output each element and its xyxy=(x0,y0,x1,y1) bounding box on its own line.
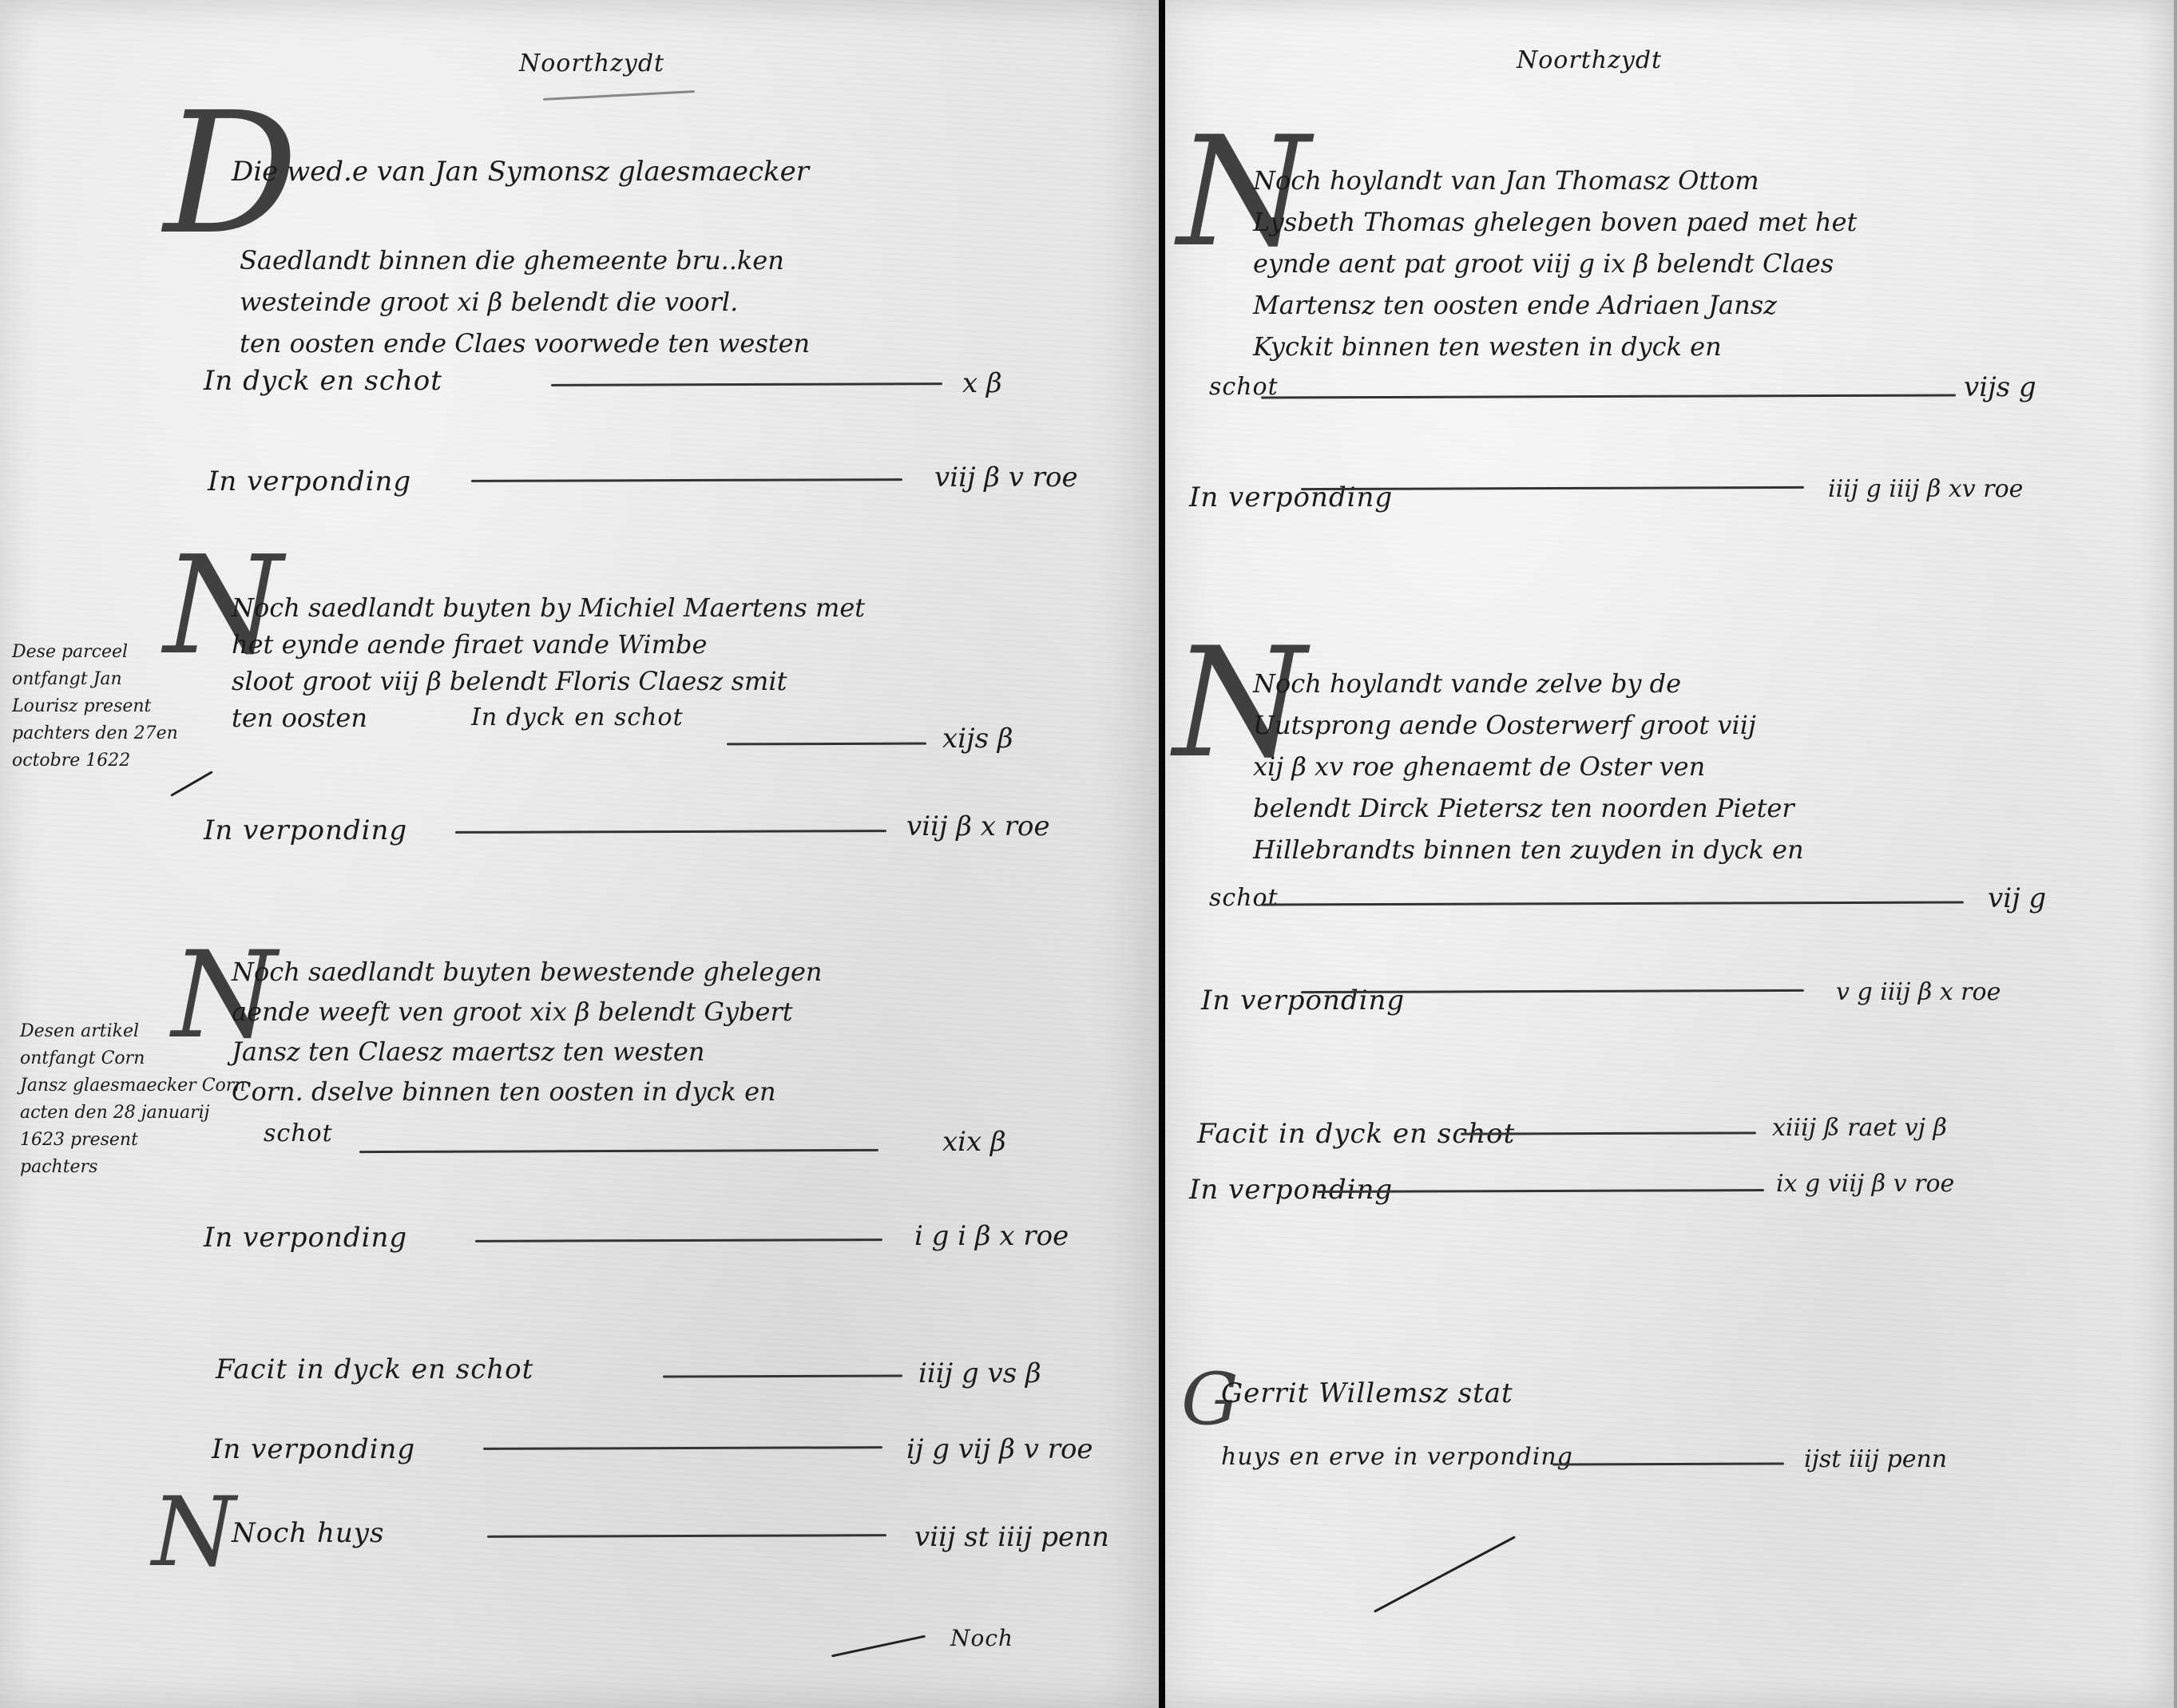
entry-line: Lysbeth Thomas ghelegen boven paed met h… xyxy=(1253,201,1857,243)
margin-note-line: Lourisz present xyxy=(12,693,178,720)
leader-line xyxy=(1552,1462,1784,1465)
entry-2-charge-label: schot xyxy=(1209,878,1279,918)
margin-note-1: Dese parceel ontfangt Jan Lourisz presen… xyxy=(12,639,178,775)
entry-line: Martensz ten oosten ende Adriaen Jansz xyxy=(1253,284,1857,326)
entry-line: Kyckit binnen ten westen in dyck en xyxy=(1253,326,1857,367)
entry-2-text: Noch hoylandt vande zelve by de Uutspron… xyxy=(1253,663,1804,870)
entry-line: ten oosten ende Claes voorwede ten weste… xyxy=(240,323,810,364)
entry-line: Uutsprong aende Oosterwerf groot viij xyxy=(1253,704,1804,746)
entry-2-verponding-label: In verponding xyxy=(1201,981,1405,1020)
leader-line xyxy=(487,1534,886,1538)
entry-line: Die wed.e van Jan Symonsz glaesmaecker xyxy=(232,152,809,192)
entry-line: ten oosten xyxy=(232,699,367,736)
entry-line: belendt Dirck Pietersz ten noorden Piete… xyxy=(1253,787,1804,829)
catchword-flourish xyxy=(831,1635,926,1658)
entry-1-charge-amount: x β xyxy=(962,367,1002,399)
right-page: Noorthzydt N Noch hoylandt van Jan Thoma… xyxy=(1165,0,2177,1708)
margin-note-line: 1623 present xyxy=(20,1127,245,1154)
leader-line xyxy=(663,1374,902,1377)
right-page-header: Noorthzydt xyxy=(1517,46,1662,74)
left-page-header: Noorthzydt xyxy=(519,50,664,77)
entry-line: eynde aent pat groot viij g ix β belendt… xyxy=(1253,243,1857,284)
leader-line xyxy=(455,830,886,834)
entry-3-verponding-label: In verponding xyxy=(204,1218,407,1258)
person-line: huys en erve in verponding xyxy=(1221,1437,1573,1477)
entry-line: het eynde aende firaet vande Wimbe xyxy=(232,626,865,663)
leader-line xyxy=(471,478,902,482)
leader-line xyxy=(1261,394,1956,398)
header-underline xyxy=(543,90,695,101)
noch-huys-amount: viij st iiij penn xyxy=(914,1521,1109,1553)
entry-line: Noch hoylandt vande zelve by de xyxy=(1253,663,1804,704)
entry-1-charge-amount: vijs g xyxy=(1964,371,2036,403)
entry-3-charge-label: schot xyxy=(264,1114,333,1154)
margin-note-line: pachters den 27en xyxy=(12,720,178,747)
entry-line: westeinde groot xi β belendt die voorl. xyxy=(240,281,810,323)
entry-line: aende weeft ven groot xix β belendt Gybe… xyxy=(232,992,822,1032)
total-dyck-schot-amount: iiij g vs β xyxy=(918,1357,1041,1389)
entry-line: sloot groot viij β belendt Floris Claesz… xyxy=(232,663,865,699)
entry-line: Noch hoylandt van Jan Thomasz Ottom xyxy=(1253,160,1857,201)
entry-1-verponding-label: In verponding xyxy=(1189,478,1393,517)
entry-2-charge-amount: xijs β xyxy=(942,723,1013,755)
noch-huys-label: Noch huys xyxy=(232,1513,384,1553)
margin-note-flourish xyxy=(170,771,212,797)
leader-line xyxy=(1461,1131,1756,1135)
entry-2-verponding-label: In verponding xyxy=(204,810,407,850)
entry-3-verponding-amount: i g i β x roe xyxy=(914,1220,1069,1252)
entry-1-verponding-amount: viij β v roe xyxy=(934,462,1078,493)
page-edge xyxy=(2174,0,2177,1708)
left-page: Noorthzydt D Die wed.e van Jan Symonsz g… xyxy=(0,0,1159,1708)
catchword: Noch xyxy=(950,1625,1013,1651)
margin-note-line: ontfangt Corn xyxy=(20,1045,245,1072)
margin-note-line: pachters xyxy=(20,1154,245,1181)
entry-2-charge-amount: vij g xyxy=(1988,882,2046,914)
entry-2-verponding-amount: v g iiij β x roe xyxy=(1836,978,2001,1006)
closing-flourish xyxy=(1374,1536,1516,1613)
entry-1-verponding-amount: iiij g iiij β xv roe xyxy=(1828,475,2023,503)
entry-3-text: Noch saedlandt buyten bewestende ghelege… xyxy=(232,952,822,1112)
total-verponding-amount: ij g vij β v roe xyxy=(906,1433,1093,1465)
entry-1-title: Die wed.e van Jan Symonsz glaesmaecker xyxy=(232,152,809,192)
leader-line xyxy=(475,1238,882,1242)
entry-line: Hillebrandts binnen ten zuyden in dyck e… xyxy=(1253,829,1804,870)
leader-line xyxy=(551,382,942,386)
entry-1-text: Noch hoylandt van Jan Thomasz Ottom Lysb… xyxy=(1253,160,1857,367)
margin-note-line: Jansz glaesmaecker Corn xyxy=(20,1072,245,1100)
leader-line xyxy=(1261,901,1964,906)
margin-note-line: ontfangt Jan xyxy=(12,666,178,693)
margin-note-2: Desen artikel ontfangt Corn Jansz glaesm… xyxy=(20,1018,245,1181)
person-name: Gerrit Willemsz stat xyxy=(1221,1373,1513,1413)
entry-2-verponding-amount: viij β x roe xyxy=(906,810,1050,842)
leader-line xyxy=(483,1446,882,1450)
page-gutter-divider xyxy=(1159,0,1165,1708)
total-dyck-schot-amount: xiiij ß raet vj β xyxy=(1772,1114,1947,1142)
margin-note-line: octobre 1622 xyxy=(12,747,178,775)
entry-line: Noch saedlandt buyten by Michiel Maerten… xyxy=(232,589,865,626)
total-dyck-schot-label: Facit in dyck en schot xyxy=(216,1349,533,1389)
entry-1-verponding-label: In verponding xyxy=(208,462,411,501)
entry-line: xij β xv roe ghenaemt de Oster ven xyxy=(1253,746,1804,787)
entry-2-charge-label: In dyck en schot xyxy=(471,698,684,738)
entry-1-charge-label: In dyck en schot xyxy=(204,361,442,401)
leader-line xyxy=(727,743,926,746)
person-amount: ijst iiij penn xyxy=(1804,1445,1947,1473)
total-verponding-amount: ix g viij β v roe xyxy=(1776,1170,1954,1198)
decorative-initial-n: N xyxy=(152,1477,236,1588)
entry-line: Saedlandt binnen die ghemeente bru..ken xyxy=(240,240,810,281)
leader-line xyxy=(359,1149,878,1153)
margin-note-line: Desen artikel xyxy=(20,1018,245,1045)
entry-line: Noch saedlandt buyten bewestende ghelege… xyxy=(232,952,822,992)
entry-line: Corn. dselve binnen ten oosten in dyck e… xyxy=(232,1072,822,1112)
entry-3-charge-amount: xix β xyxy=(942,1126,1006,1158)
entry-1-charge-label: schot xyxy=(1209,367,1279,407)
margin-note-line: acten den 28 januarij xyxy=(20,1100,245,1127)
margin-note-line: Dese parceel xyxy=(12,639,178,666)
entry-1-text: Saedlandt binnen die ghemeente bru..ken … xyxy=(240,240,810,364)
entry-line: Jansz ten Claesz maertsz ten westen xyxy=(232,1032,822,1072)
total-verponding-label: In verponding xyxy=(212,1429,415,1469)
leader-line xyxy=(1317,1189,1764,1193)
